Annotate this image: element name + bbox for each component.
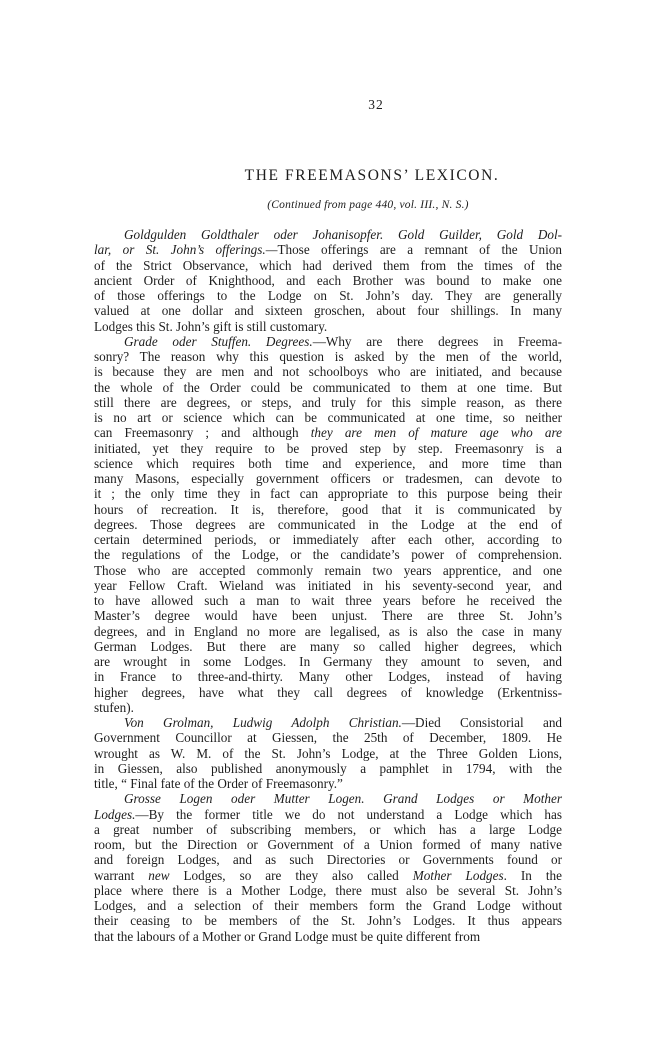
text-segment: —Why are there degrees in Freema-: [313, 334, 562, 349]
text-segment: of those offerings to the Lodge on St. J…: [94, 288, 562, 303]
text-line: lar, or St. John’s offerings.—Those offe…: [94, 242, 562, 257]
text-line: hours of recreation. It is, therefore, g…: [94, 502, 562, 517]
text-line: science which requires both time and exp…: [94, 456, 562, 471]
text-segment: stufen).: [94, 700, 134, 715]
text-segment: Master’s degree would have been unjust. …: [94, 608, 562, 623]
text-line: in Giessen, also published anonymously a…: [94, 761, 562, 776]
italic-text-segment: new: [148, 868, 169, 883]
italic-text-segment: Grade oder Stuffen. Degrees.: [124, 334, 313, 349]
text-line: Lodges this St. John’s gift is still cus…: [94, 319, 562, 334]
text-line: valued at one dollar and sixteen grosche…: [94, 303, 562, 318]
text-segment: German Lodges. But there are many so cal…: [94, 639, 562, 654]
text-segment: Lodges this St. John’s gift is still cus…: [94, 319, 327, 334]
text-line: in France to three-and-thirty. Many othe…: [94, 669, 562, 684]
paragraph: Von Grolman, Ludwig Adolph Christian.—Di…: [94, 715, 562, 791]
text-line: still there are degrees, or steps, and t…: [94, 395, 562, 410]
text-segment: that the labours of a Mother or Grand Lo…: [94, 929, 480, 944]
text-line: initiated, yet they require to be proved…: [94, 441, 562, 456]
book-page: 32 THE FREEMASONS’ LEXICON. (Continued f…: [0, 0, 656, 1058]
text-segment: are wrought in some Lodges. In Germany t…: [94, 654, 562, 669]
body-text: Goldgulden Goldthaler oder Johanisopfer.…: [94, 227, 562, 944]
paragraph: Goldgulden Goldthaler oder Johanisopfer.…: [94, 227, 562, 334]
text-segment: certain determined periods, or immediate…: [94, 532, 562, 547]
text-segment: is no art or science which can be commun…: [94, 410, 562, 425]
text-line: degrees. Those degrees are communicated …: [94, 517, 562, 532]
text-line: Von Grolman, Ludwig Adolph Christian.—Di…: [94, 715, 562, 730]
text-line: place where there is a Mother Lodge, the…: [94, 883, 562, 898]
text-line: can Freemasonry ; and although they are …: [94, 425, 562, 440]
text-segment: place where there is a Mother Lodge, the…: [94, 883, 562, 898]
text-line: their ceasing to be members of the St. J…: [94, 913, 562, 928]
text-segment: is because they are men and not schoolbo…: [94, 364, 562, 379]
text-segment: many Masons, especially government offic…: [94, 471, 562, 486]
text-segment: valued at one dollar and sixteen grosche…: [94, 303, 562, 318]
text-line: Lodges, and a selection of their members…: [94, 898, 562, 913]
text-line: Grade oder Stuffen. Degrees.—Why are the…: [94, 334, 562, 349]
text-segment: it ; the only time they in fact can appr…: [94, 486, 562, 501]
text-line: ancient Order of Knighthood, and each Br…: [94, 273, 562, 288]
text-segment: science which requires both time and exp…: [94, 456, 562, 471]
text-segment: still there are degrees, or steps, and t…: [94, 395, 562, 410]
text-line: title, “ Final fate of the Order of Free…: [94, 776, 562, 791]
text-line: that the labours of a Mother or Grand Lo…: [94, 929, 562, 944]
text-line: Lodges.—By the former title we do not un…: [94, 807, 562, 822]
text-segment: Lodges, so are they also called: [170, 868, 413, 883]
text-line: certain determined periods, or immediate…: [94, 532, 562, 547]
text-segment: initiated, yet they require to be proved…: [94, 441, 562, 456]
text-line: is because they are men and not schoolbo…: [94, 364, 562, 379]
text-line: Grosse Logen oder Mutter Logen. Grand Lo…: [94, 791, 562, 806]
text-segment: —Died Consistorial and: [402, 715, 562, 730]
text-segment: Those who are accepted commonly remain t…: [94, 563, 562, 578]
text-line: to have allowed such a man to wait three…: [94, 593, 562, 608]
text-line: it ; the only time they in fact can appr…: [94, 486, 562, 501]
italic-text-segment: Von Grolman, Ludwig Adolph Christian.: [124, 715, 402, 730]
paragraph: Grosse Logen oder Mutter Logen. Grand Lo…: [94, 791, 562, 944]
text-line: German Lodges. But there are many so cal…: [94, 639, 562, 654]
text-segment: to have allowed such a man to wait three…: [94, 593, 562, 608]
text-segment: the regulations of the Lodge, or the can…: [94, 547, 562, 562]
text-segment: hours of recreation. It is, therefore, g…: [94, 502, 562, 517]
text-segment: . In the: [504, 868, 562, 883]
text-segment: can Freemasonry ; and although: [94, 425, 311, 440]
text-line: year Fellow Craft. Wieland was initiated…: [94, 578, 562, 593]
text-line: the whole of the Order could be communic…: [94, 380, 562, 395]
text-line: sonry? The reason why this question is a…: [94, 349, 562, 364]
text-line: wrought as W. M. of the St. John’s Lodge…: [94, 746, 562, 761]
text-segment: Government Councillor at Giessen, the 25…: [94, 730, 562, 745]
text-line: is no art or science which can be commun…: [94, 410, 562, 425]
text-segment: —By the former title we do not understan…: [135, 807, 562, 822]
article-subtitle: (Continued from page 440, vol. III., N. …: [40, 199, 656, 211]
text-line: warrant new Lodges, so are they also cal…: [94, 868, 562, 883]
text-line: degrees, and in England no more are lega…: [94, 624, 562, 639]
text-segment: in France to three-and-thirty. Many othe…: [94, 669, 562, 684]
text-line: Master’s degree would have been unjust. …: [94, 608, 562, 623]
italic-text-segment: Mother Lodges: [413, 868, 504, 883]
text-segment: and foreign Lodges, and as such Director…: [94, 852, 562, 867]
text-segment: year Fellow Craft. Wieland was initiated…: [94, 578, 562, 593]
text-segment: warrant: [94, 868, 148, 883]
text-segment: their ceasing to be members of the St. J…: [94, 913, 562, 928]
text-line: the regulations of the Lodge, or the can…: [94, 547, 562, 562]
text-line: are wrought in some Lodges. In Germany t…: [94, 654, 562, 669]
text-line: of the Strict Observance, which had deri…: [94, 258, 562, 273]
text-line: stufen).: [94, 700, 562, 715]
italic-text-segment: Grosse Logen oder Mutter Logen. Grand Lo…: [124, 791, 562, 806]
text-line: a great number of subscribing members, o…: [94, 822, 562, 837]
text-segment: degrees. Those degrees are communicated …: [94, 517, 562, 532]
text-segment: sonry? The reason why this question is a…: [94, 349, 562, 364]
text-segment: room, but the Direction or Government of…: [94, 837, 562, 852]
text-segment: Those offerings are a remnant of the Uni…: [277, 242, 562, 257]
text-line: Government Councillor at Giessen, the 25…: [94, 730, 562, 745]
article-title: THE FREEMASONS’ LEXICON.: [44, 167, 656, 185]
text-line: room, but the Direction or Government of…: [94, 837, 562, 852]
italic-text-segment: Goldgulden Goldthaler oder Johanisopfer.…: [124, 227, 562, 242]
text-segment: wrought as W. M. of the St. John’s Lodge…: [94, 746, 562, 761]
text-segment: higher degrees, have what they call degr…: [94, 685, 562, 700]
text-segment: degrees, and in England no more are lega…: [94, 624, 562, 639]
text-segment: a great number of subscribing members, o…: [94, 822, 562, 837]
text-line: of those offerings to the Lodge on St. J…: [94, 288, 562, 303]
text-segment: title, “ Final fate of the Order of Free…: [94, 776, 343, 791]
text-segment: of the Strict Observance, which had deri…: [94, 258, 562, 273]
paragraph: Grade oder Stuffen. Degrees.—Why are the…: [94, 334, 562, 715]
text-segment: Lodges, and a selection of their members…: [94, 898, 562, 913]
text-segment: the whole of the Order could be communic…: [94, 380, 562, 395]
text-segment: in Giessen, also published anonymously a…: [94, 761, 562, 776]
italic-text-segment: Lodges.: [94, 807, 135, 822]
text-line: Goldgulden Goldthaler oder Johanisopfer.…: [94, 227, 562, 242]
italic-text-segment: they are men of mature age who are: [311, 425, 562, 440]
text-segment: ancient Order of Knighthood, and each Br…: [94, 273, 562, 288]
text-line: higher degrees, have what they call degr…: [94, 685, 562, 700]
italic-text-segment: lar, or St. John’s offerings.—: [94, 242, 277, 257]
text-line: Those who are accepted commonly remain t…: [94, 563, 562, 578]
page-number: 32: [48, 97, 656, 113]
text-line: many Masons, especially government offic…: [94, 471, 562, 486]
text-line: and foreign Lodges, and as such Director…: [94, 852, 562, 867]
